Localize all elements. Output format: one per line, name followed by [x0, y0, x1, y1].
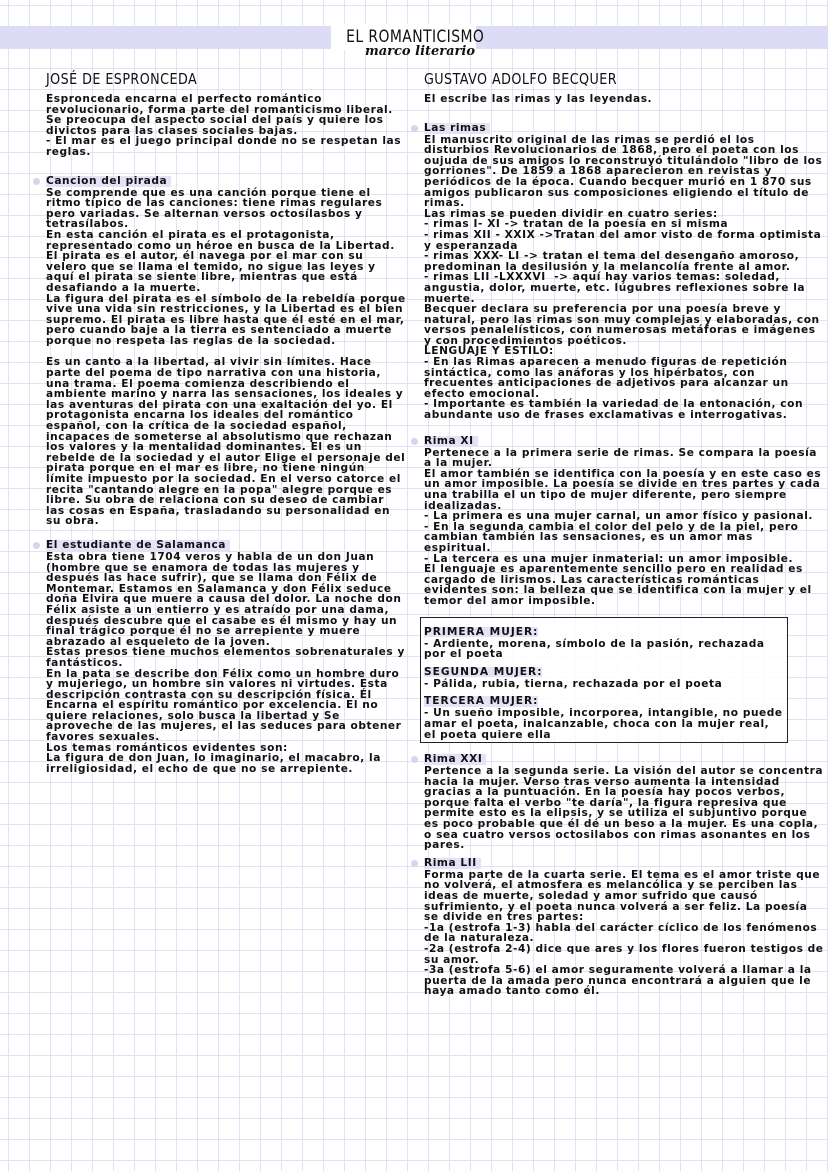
bullet-dot-icon [411, 125, 418, 132]
las-rimas-body: El manuscrito original de las rimas se p… [424, 135, 824, 421]
box-label: PRIMERA MUJER: [424, 627, 538, 638]
author-heading-becquer: GUSTAVO ADOLFO BECQUER [424, 68, 764, 90]
section-heading-text: Las rimas [424, 122, 486, 134]
espronceda-column: JOSÉ DE ESPRONCEDA Espronceda encarna el… [46, 68, 406, 774]
rima-xi-body: Pertenece a la primera serie de rimas. S… [424, 448, 824, 607]
cancion-pirata-body: Se comprende que es una canción porque t… [46, 188, 406, 347]
box-item-tercera: TERCERA MUJER: - Un sueño imposible, inc… [424, 689, 784, 740]
section-heading-las-rimas: Las rimas [424, 123, 490, 134]
section-heading-text: Rima LII [424, 857, 477, 869]
section-heading-text: Rima XI [424, 435, 474, 447]
box-label: TERCERA MUJER: [424, 696, 538, 707]
box-item-segunda: SEGUNDA MUJER: - Pálida, rubia, tierna, … [424, 660, 784, 690]
becquer-column: GUSTAVO ADOLFO BECQUER El escribe las ri… [424, 68, 824, 997]
rima-lii-body: Forma parte de la cuarta serie. El tema … [424, 870, 824, 997]
section-heading-text: Rima XXI [424, 753, 482, 765]
box-text: - Pálida, rubia, tierna, rechazada por e… [424, 679, 784, 690]
section-heading-estudiante-salamanca: El estudiante de Salamanca [46, 540, 230, 551]
bullet-dot-icon [411, 438, 418, 445]
rima-xxi-body: Pertence a la segunda serie. La visión d… [424, 766, 824, 851]
bullet-dot-icon [33, 542, 40, 549]
becquer-intro: El escribe las rimas y las leyendas. [424, 94, 824, 105]
box-label: SEGUNDA MUJER: [424, 667, 542, 678]
bullet-dot-icon [33, 178, 40, 185]
box-item-primera: PRIMERA MUJER: - Ardiente, morena, símbo… [424, 620, 784, 660]
section-heading-text: Cancion del pirada [46, 175, 167, 187]
section-heading-text: El estudiante de Salamanca [46, 539, 226, 551]
estudiante-salamanca-body: Esta obra tiene 1704 veros y habla de un… [46, 552, 406, 774]
cancion-pirata-body-2: Es un canto a la libertad, al vivir sin … [46, 357, 406, 527]
bullet-dot-icon [411, 756, 418, 763]
author-heading-espronceda: JOSÉ DE ESPRONCEDA [46, 68, 352, 90]
box-text: - Ardiente, morena, símbolo de la pasión… [424, 639, 784, 660]
section-heading-rima-xi: Rima XI [424, 436, 478, 447]
page-subtitle: marco literario [360, 45, 480, 59]
box-text: - Un sueño imposible, incorporea, intang… [424, 708, 784, 740]
section-heading-rima-lii: Rima LII [424, 858, 481, 869]
bullet-dot-icon [411, 860, 418, 867]
espronceda-intro: Espronceda encarna el perfecto romántico… [46, 94, 406, 158]
section-heading-cancion-pirata: Cancion del pirada [46, 176, 171, 187]
section-heading-rima-xxi: Rima XXI [424, 754, 486, 765]
mujeres-summary-box: PRIMERA MUJER: - Ardiente, morena, símbo… [420, 617, 788, 744]
